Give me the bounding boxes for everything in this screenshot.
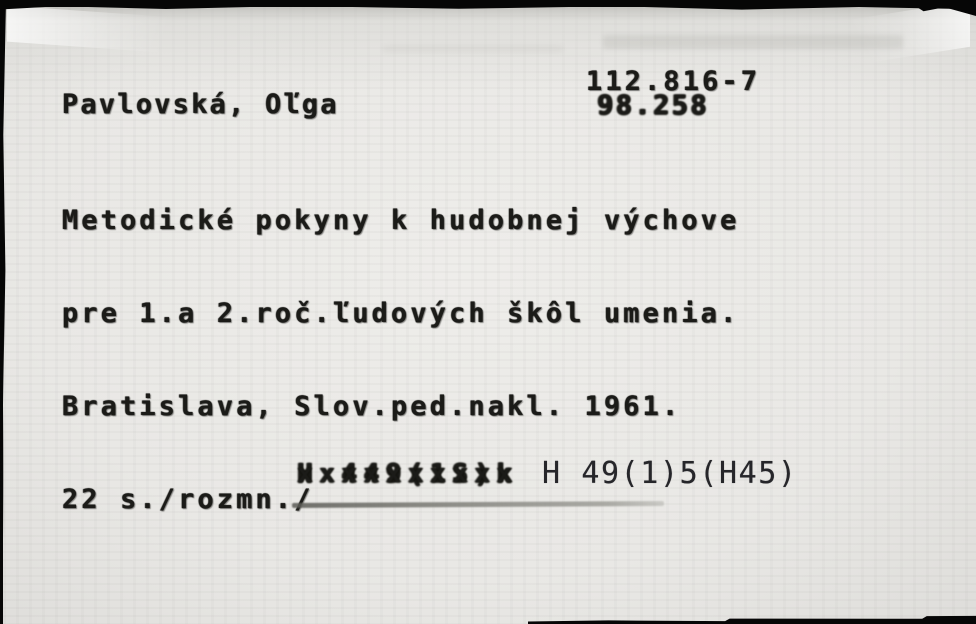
title-line-2: pre 1.a 2.roč.ľudových škôl umenia. xyxy=(62,298,739,329)
overstrike-x-characters: xxxxxxxxxx xyxy=(297,459,519,490)
title-line-1: Metodické pokyny k hudobnej výchove xyxy=(62,205,739,236)
shelfmark-crossed-out: H 449(1S)k xxxxxxxxxx xyxy=(297,459,547,499)
scanned-catalog-card: 112.816-7 98.258 Pavlovská, Oľga Metodic… xyxy=(0,0,976,624)
ink-ghost-smudge xyxy=(603,35,903,49)
paper-crease-top-right xyxy=(840,1,970,68)
ink-ghost-smudge xyxy=(383,45,563,53)
bibliographic-description: Metodické pokyny k hudobnej výchove pre … xyxy=(62,143,739,577)
call-number-bottom: 98.258 xyxy=(597,90,709,121)
author-heading: Pavlovská, Oľga xyxy=(62,89,339,120)
paper-crease-top-left xyxy=(7,6,217,57)
shelfmark-current: H 49(1)5(H45) xyxy=(542,458,798,489)
imprint-line: Bratislava, Slov.ped.nakl. 1961. xyxy=(62,391,739,422)
